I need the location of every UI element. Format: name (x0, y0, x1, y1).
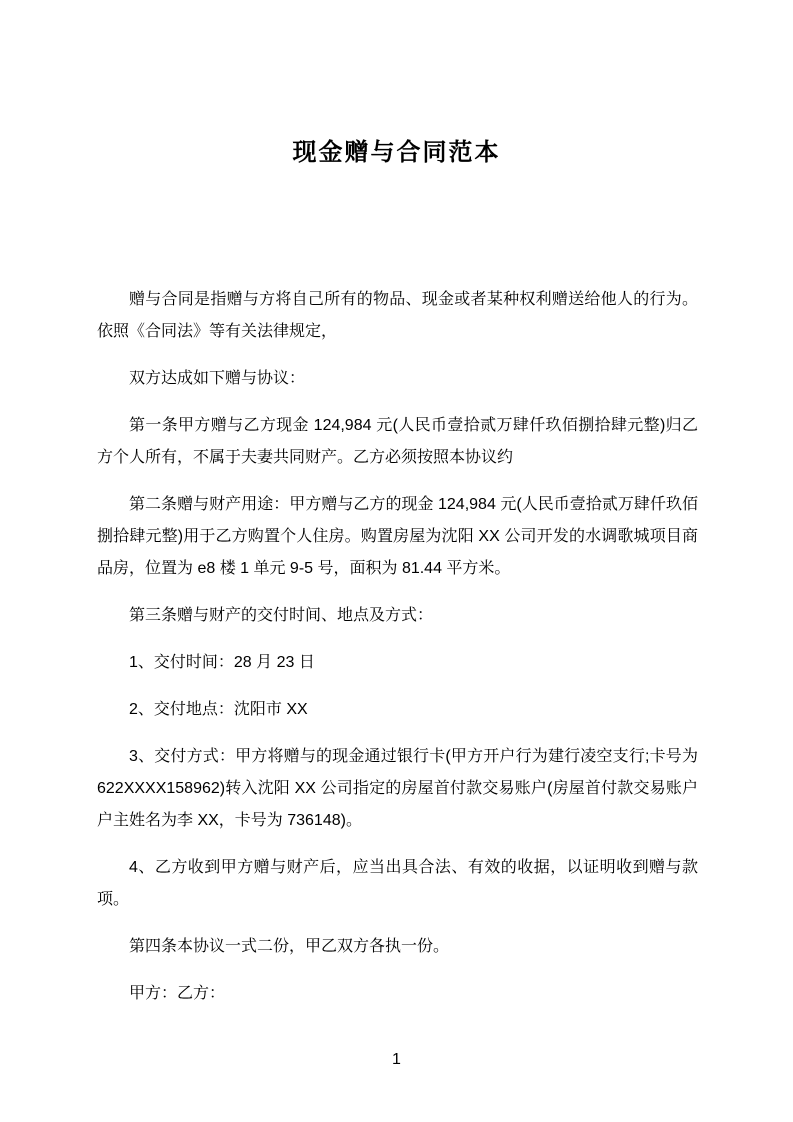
page-number: 1 (392, 1051, 401, 1068)
document-body: 赠与合同是指赠与方将自己所有的物品、现金或者某种权利赠送给他人的行为。依照《合同… (97, 284, 698, 1025)
paragraph-clause-3-item-3: 3、交付方式：甲方将赠与的现金通过银行卡(甲方开户行为建行凌空支行;卡号为 62… (97, 741, 698, 837)
paragraph-clause-3-item-2: 2、交付地点：沈阳市 XX (97, 694, 698, 726)
paragraph-signature-line: 甲方：乙方： (97, 978, 698, 1010)
page-footer: 1 (0, 1048, 793, 1072)
paragraph-clause-3: 第三条赠与财产的交付时间、地点及方式： (97, 600, 698, 632)
document-title: 现金赠与合同范本 (0, 136, 793, 170)
paragraph-agreement-lead: 双方达成如下赠与协议： (97, 363, 698, 395)
document-page: 现金赠与合同范本 赠与合同是指赠与方将自己所有的物品、现金或者某种权利赠送给他人… (0, 0, 793, 1122)
paragraph-clause-1: 第一条甲方赠与乙方现金 124,984 元(人民币壹拾贰万肆仟玖佰捌拾肆元整)归… (97, 410, 698, 474)
paragraph-clause-2: 第二条赠与财产用途：甲方赠与乙方的现金 124,984 元(人民币壹拾贰万肆仟玖… (97, 489, 698, 585)
paragraph-intro: 赠与合同是指赠与方将自己所有的物品、现金或者某种权利赠送给他人的行为。依照《合同… (97, 284, 698, 348)
paragraph-clause-4: 第四条本协议一式二份，甲乙双方各执一份。 (97, 931, 698, 963)
paragraph-clause-3-item-4: 4、乙方收到甲方赠与财产后，应当出具合法、有效的收据，以证明收到赠与款项。 (97, 852, 698, 916)
paragraph-clause-3-item-1: 1、交付时间：28 月 23 日 (97, 647, 698, 679)
